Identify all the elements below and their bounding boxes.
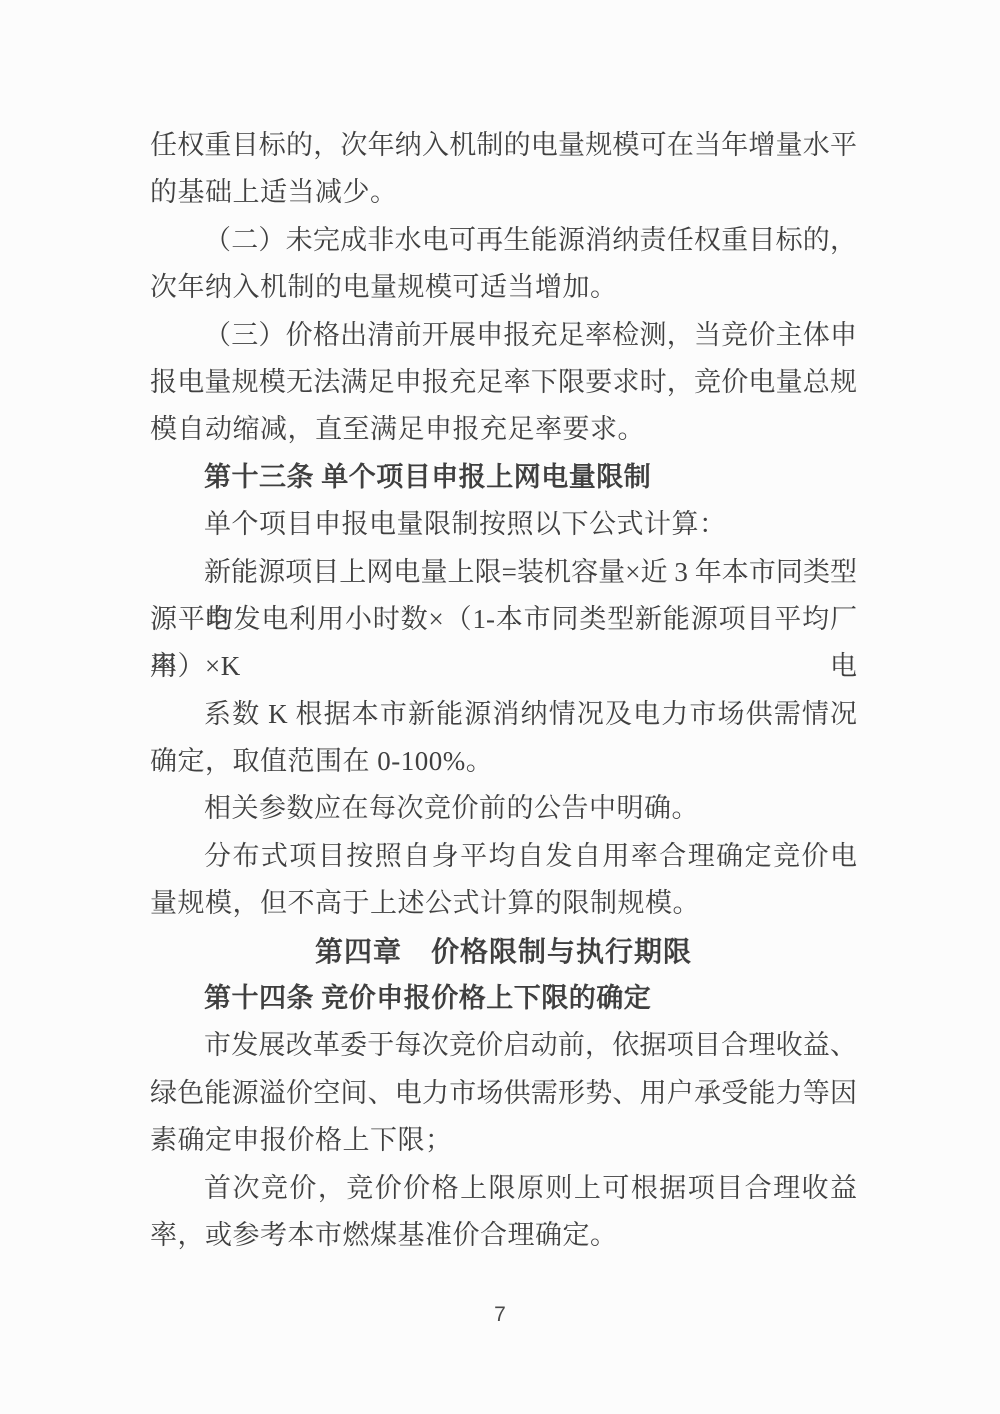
- text-line: （二）未完成非水电可再生能源消纳责任权重目标的，: [150, 217, 857, 264]
- chapter-heading: 第四章 价格限制与执行期限: [150, 928, 857, 975]
- text-line: 确定，取值范围在 0-100%。: [150, 738, 857, 785]
- text-line: 次年纳入机制的电量规模可适当增加。: [150, 264, 857, 311]
- text-line: 分布式项目按照自身平均自发自用率合理确定竞价电: [150, 833, 857, 880]
- text-line: 量规模，但不高于上述公式计算的限制规模。: [150, 880, 857, 927]
- text-line: 率，或参考本市燃煤基准价合理确定。: [150, 1212, 857, 1259]
- text-line: 市发展改革委于每次竞价启动前，依据项目合理收益、: [150, 1022, 857, 1069]
- text-line: 报电量规模无法满足申报充足率下限要求时，竞价电量总规: [150, 359, 857, 406]
- document-page: 任权重目标的，次年纳入机制的电量规模可在当年增量水平的基础上适当减少。（二）未完…: [0, 0, 1000, 1414]
- text-line: 素确定申报价格上下限；: [150, 1117, 857, 1164]
- article-heading: 第十四条 竞价申报价格上下限的确定: [150, 975, 857, 1022]
- text-line: 绿色能源溢价空间、电力市场供需形势、用户承受能力等因: [150, 1070, 857, 1117]
- document-content: 任权重目标的，次年纳入机制的电量规模可在当年增量水平的基础上适当减少。（二）未完…: [150, 122, 857, 1259]
- text-line: 的基础上适当减少。: [150, 169, 857, 216]
- text-line: 单个项目申报电量限制按照以下公式计算：: [150, 501, 857, 548]
- page-number: 7: [0, 1300, 1000, 1330]
- text-line: 新能源项目上网电量上限=装机容量×近 3 年本市同类型电: [150, 549, 857, 596]
- text-line: 相关参数应在每次竞价前的公告中明确。: [150, 785, 857, 832]
- text-line: 首次竞价，竞价价格上限原则上可根据项目合理收益: [150, 1165, 857, 1212]
- text-line: （三）价格出清前开展申报充足率检测，当竞价主体申: [150, 312, 857, 359]
- article-heading: 第十三条 单个项目申报上网电量限制: [150, 454, 857, 501]
- text-line: 系数 K 根据本市新能源消纳情况及电力市场供需情况: [150, 691, 857, 738]
- text-line: 源平均发电利用小时数×（1-本市同类型新能源项目平均厂用电: [150, 596, 857, 643]
- text-line: 任权重目标的，次年纳入机制的电量规模可在当年增量水平: [150, 122, 857, 169]
- text-line: 模自动缩减，直至满足申报充足率要求。: [150, 406, 857, 453]
